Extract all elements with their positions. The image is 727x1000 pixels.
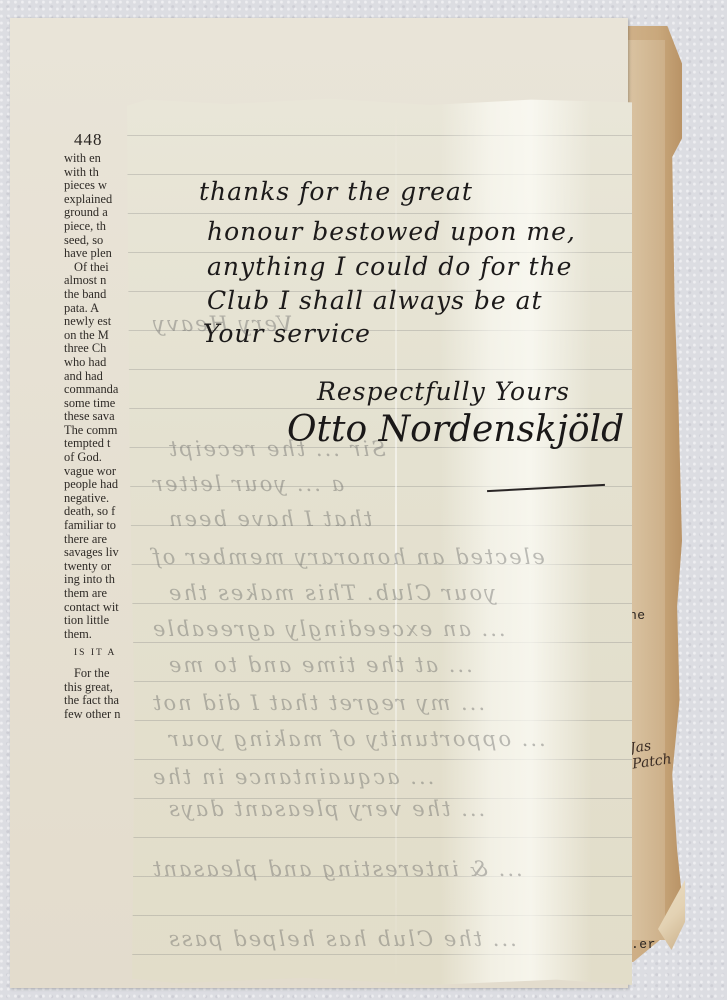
- book-text-line: them are: [64, 587, 134, 601]
- bleed-through-line: ... & interesting and pleasant: [151, 857, 523, 881]
- book-text-line: with th: [64, 166, 134, 180]
- book-text-line: piece, th: [64, 220, 134, 234]
- book-text-line: people had: [64, 478, 134, 492]
- book-text-line: these sava: [64, 410, 134, 424]
- bleed-through-line: a ... your letter: [151, 472, 344, 496]
- book-text-line: IS IT A: [64, 647, 134, 661]
- bleed-through-line: ... opportunity of making your: [167, 727, 546, 751]
- book-text-line: have plen: [64, 247, 134, 261]
- book-text-line: contact wit: [64, 601, 134, 615]
- book-text-line: some time: [64, 397, 134, 411]
- book-text-line: who had: [64, 356, 134, 370]
- letter-line-4: Club I shall always be at: [207, 286, 543, 315]
- letter-line-1: thanks for the great: [199, 177, 473, 206]
- book-text-line: explained: [64, 193, 134, 207]
- bleed-through-line: that I have been: [167, 507, 372, 531]
- book-text-line: pieces w: [64, 179, 134, 193]
- book-text-line: three Ch: [64, 342, 134, 356]
- bleed-through-line: your Club. This makes the: [167, 581, 496, 605]
- book-text-line: on the M: [64, 329, 134, 343]
- bleed-through-line: ... the Club has helped pass: [167, 927, 517, 951]
- bleed-through-line: ... the very pleasant days: [167, 797, 485, 821]
- book-text-line: tempted t: [64, 437, 134, 451]
- book-text-line: them.: [64, 628, 134, 642]
- bleed-through-line: ... at the time and to me: [167, 653, 473, 677]
- book-text-line: almost n: [64, 274, 134, 288]
- book-text-line: Of thei: [64, 261, 134, 275]
- bleed-through-line: ... my regret that I did not: [151, 691, 485, 715]
- book-text-line: newly est: [64, 315, 134, 329]
- book-text-line: pata. A: [64, 302, 134, 316]
- book-text-line: For the: [64, 667, 134, 681]
- letter-line-2: honour bestowed upon me,: [207, 217, 576, 246]
- book-text-line: death, so f: [64, 505, 134, 519]
- bleed-through-line: elected an honorary member of: [151, 545, 545, 569]
- letter-line-3: anything I could do for the: [207, 252, 572, 281]
- book-text-line: of God.: [64, 451, 134, 465]
- book-text-line: negative.: [64, 492, 134, 506]
- book-text-line: and had: [64, 370, 134, 384]
- bleed-through-line: ... an exceedingly agreeable: [151, 617, 506, 641]
- book-text-line: twenty or: [64, 560, 134, 574]
- letter-line-5: Your service: [203, 319, 371, 348]
- book-text-line: ground a: [64, 206, 134, 220]
- book-text-line: familiar to: [64, 519, 134, 533]
- book-text-line: vague wor: [64, 465, 134, 479]
- handwritten-letter: Very HeavySir ... the receipta ... your …: [127, 97, 632, 985]
- book-text-line: with en: [64, 152, 134, 166]
- typed-fragment: .er: [631, 937, 656, 952]
- book-text-line: ing into th: [64, 573, 134, 587]
- page-number: 448: [74, 130, 103, 150]
- book-page-text-column: with enwith thpieces wexplainedground ap…: [64, 152, 134, 721]
- letter-closing: Respectfully Yours: [317, 377, 570, 406]
- back-paper-signature: Jas Patch: [629, 735, 673, 772]
- bleed-through-line: ... acquaintance in the: [151, 765, 434, 789]
- book-text-line: few other n: [64, 708, 134, 722]
- book-text-line: the fact tha: [64, 694, 134, 708]
- book-text-line: the band: [64, 288, 134, 302]
- book-text-line: seed, so: [64, 234, 134, 248]
- book-text-line: tion little: [64, 614, 134, 628]
- book-text-line: commanda: [64, 383, 134, 397]
- letter-signature: Otto Nordenskjöld: [287, 409, 624, 450]
- book-text-line: savages liv: [64, 546, 134, 560]
- signature-underline: [487, 484, 605, 492]
- book-text-line: The comm: [64, 424, 134, 438]
- book-text-line: there are: [64, 533, 134, 547]
- book-text-line: this great,: [64, 681, 134, 695]
